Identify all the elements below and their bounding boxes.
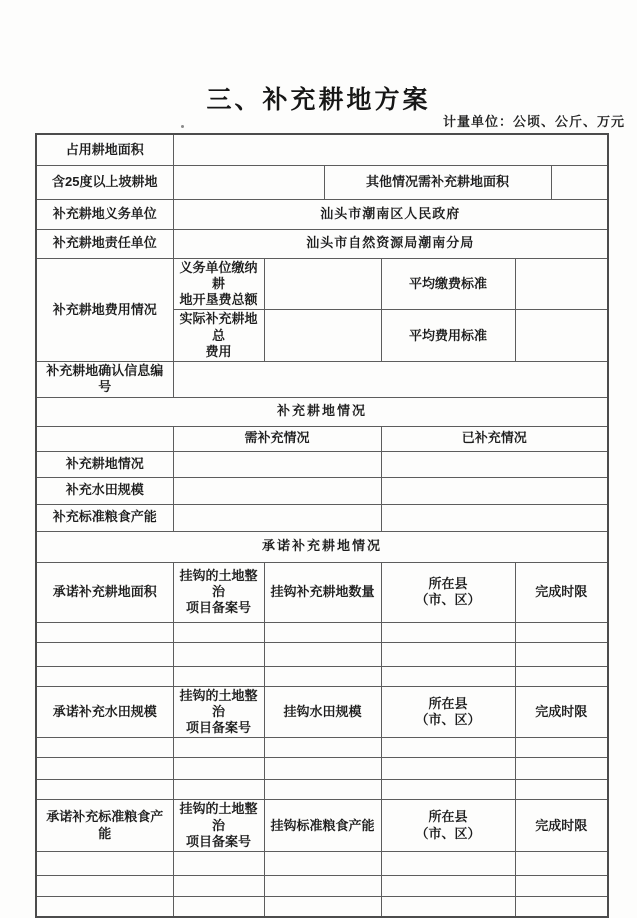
row-fee-top: 补充耕地费用情况 义务单位缴纳耕 地开垦费总额 平均缴费标准 — [36, 258, 608, 310]
empty-data-cell — [173, 642, 264, 666]
responsible-unit-value-cell: 汕头市自然资源局潮南分局 — [173, 229, 608, 258]
empty-data-cell — [381, 780, 515, 800]
empty-data-cell — [381, 738, 515, 758]
avg-cost-label-cell: 平均费用标准 — [381, 310, 515, 362]
empty-data-cell — [515, 897, 608, 917]
avg-payment-value-cell — [515, 258, 608, 310]
empty-data-cell — [515, 876, 608, 897]
empty-data-cell — [264, 622, 381, 642]
occupied-area-value-cell — [173, 134, 608, 165]
empty-data-cell — [173, 666, 264, 686]
supplement-land-need-cell — [173, 451, 381, 477]
row-commitment-section-title: 承诺补充耕地情况 — [36, 531, 608, 562]
row-block2-data2 — [36, 758, 608, 780]
empty-data-cell — [36, 642, 173, 666]
avg-payment-label-cell: 平均缴费标准 — [381, 258, 515, 310]
avg-cost-value-cell — [515, 310, 608, 362]
empty-data-cell — [36, 738, 173, 758]
fee-section-label-cell: 补充耕地费用情况 — [36, 258, 173, 362]
empty-data-cell — [173, 780, 264, 800]
row-block2-header: 承诺补充水田规模 挂钩的土地整治 项目备案号 挂钩水田规模 所在县 （市、区） … — [36, 686, 608, 738]
empty-data-cell — [381, 897, 515, 917]
deadline-header-cell: 完成时限 — [515, 800, 608, 852]
county-header-cell: 所在县 （市、区） — [381, 686, 515, 738]
commit-area-header-cell: 承诺补充耕地面积 — [36, 562, 173, 622]
empty-data-cell — [36, 622, 173, 642]
empty-data-cell — [264, 738, 381, 758]
row-responsible-unit: 补充耕地责任单位 汕头市自然资源局潮南分局 — [36, 229, 608, 258]
empty-data-cell — [173, 758, 264, 780]
responsible-unit-label-cell: 补充耕地责任单位 — [36, 229, 173, 258]
row-supplement-grain: 补充标准粮食产能 — [36, 504, 608, 531]
empty-data-cell — [381, 758, 515, 780]
slope-label-cell: 含25度以上坡耕地 — [36, 165, 173, 199]
scan-speck — [181, 125, 184, 128]
commitment-section-title-cell: 承诺补充耕地情况 — [36, 531, 608, 562]
row-block1-data2 — [36, 642, 608, 666]
row-supplement-section-title: 补充耕地情况 — [36, 397, 608, 426]
row-block1-header: 承诺补充耕地面积 挂钩的土地整治 项目备案号 挂钩补充耕地数量 所在县 （市、区… — [36, 562, 608, 622]
commit-paddy-header-cell: 承诺补充水田规模 — [36, 686, 173, 738]
commit-grain-header-cell: 承诺补充标准粮食产能 — [36, 800, 173, 852]
empty-data-cell — [36, 758, 173, 780]
empty-data-cell — [381, 876, 515, 897]
measurement-unit-note: 计量单位：公顷、公斤、万元 — [443, 111, 625, 130]
empty-data-cell — [264, 666, 381, 686]
empty-data-cell — [264, 876, 381, 897]
row-supplement-land: 补充耕地情况 — [36, 451, 608, 477]
supplement-land-done-cell — [381, 451, 608, 477]
row-block3-data2 — [36, 876, 608, 897]
actual-cost-value-cell — [264, 310, 381, 362]
empty-data-cell — [515, 758, 608, 780]
row-confirm-number: 补充耕地确认信息编号 — [36, 362, 608, 398]
empty-data-cell — [515, 622, 608, 642]
supplement-plan-table: 占用耕地面积 含25度以上坡耕地 其他情况需补充耕地面积 补充耕地义务单位 汕头… — [35, 133, 609, 918]
empty-data-cell — [36, 897, 173, 917]
supplement-grain-label-cell: 补充标准粮食产能 — [36, 504, 173, 531]
linked-grain-header-cell: 挂钩标准粮食产能 — [264, 800, 381, 852]
obligation-unit-label-cell: 补充耕地义务单位 — [36, 199, 173, 229]
empty-data-cell — [381, 852, 515, 876]
obligation-unit-value-cell: 汕头市潮南区人民政府 — [173, 199, 608, 229]
supplement-paddy-done-cell — [381, 477, 608, 504]
empty-data-cell — [36, 780, 173, 800]
row-block3-header: 承诺补充标准粮食产能 挂钩的土地整治 项目备案号 挂钩标准粮食产能 所在县 （市… — [36, 800, 608, 852]
reclaim-fee-value-cell — [264, 258, 381, 310]
project-record-header-cell: 挂钩的土地整治 项目备案号 — [173, 800, 264, 852]
supplement-header-blank-cell — [36, 426, 173, 451]
empty-data-cell — [515, 780, 608, 800]
row-block3-data1 — [36, 852, 608, 876]
empty-data-cell — [381, 642, 515, 666]
confirm-number-label-cell: 补充耕地确认信息编号 — [36, 362, 173, 398]
empty-data-cell — [36, 666, 173, 686]
confirm-number-value-cell — [173, 362, 608, 398]
supplement-grain-done-cell — [381, 504, 608, 531]
empty-data-cell — [173, 852, 264, 876]
empty-data-cell — [173, 622, 264, 642]
other-need-value-cell — [551, 165, 608, 199]
row-supplement-paddy: 补充水田规模 — [36, 477, 608, 504]
empty-data-cell — [264, 852, 381, 876]
project-record-header-cell: 挂钩的土地整治 项目备案号 — [173, 562, 264, 622]
row-block2-data1 — [36, 738, 608, 758]
empty-data-cell — [515, 666, 608, 686]
empty-data-cell — [173, 897, 264, 917]
actual-cost-label-cell: 实际补充耕地总 费用 — [173, 310, 264, 362]
occupied-area-label-cell: 占用耕地面积 — [36, 134, 173, 165]
empty-data-cell — [381, 666, 515, 686]
empty-data-cell — [173, 738, 264, 758]
linked-quantity-header-cell: 挂钩补充耕地数量 — [264, 562, 381, 622]
empty-data-cell — [264, 780, 381, 800]
row-block1-data3 — [36, 666, 608, 686]
need-supplement-header-cell: 需补充情况 — [173, 426, 381, 451]
empty-data-cell — [515, 738, 608, 758]
reclaim-fee-label-cell: 义务单位缴纳耕 地开垦费总额 — [173, 258, 264, 310]
supplement-paddy-label-cell: 补充水田规模 — [36, 477, 173, 504]
empty-data-cell — [515, 852, 608, 876]
empty-data-cell — [264, 897, 381, 917]
row-occupied-area: 占用耕地面积 — [36, 134, 608, 165]
supplement-land-label-cell: 补充耕地情况 — [36, 451, 173, 477]
linked-paddy-header-cell: 挂钩水田规模 — [264, 686, 381, 738]
empty-data-cell — [36, 852, 173, 876]
row-obligation-unit: 补充耕地义务单位 汕头市潮南区人民政府 — [36, 199, 608, 229]
empty-data-cell — [173, 876, 264, 897]
empty-data-cell — [36, 876, 173, 897]
deadline-header-cell: 完成时限 — [515, 562, 608, 622]
supplement-grain-need-cell — [173, 504, 381, 531]
row-block2-data3 — [36, 780, 608, 800]
project-record-header-cell: 挂钩的土地整治 项目备案号 — [173, 686, 264, 738]
empty-data-cell — [264, 642, 381, 666]
empty-data-cell — [381, 622, 515, 642]
slope-value-cell — [173, 165, 324, 199]
supplement-section-title-cell: 补充耕地情况 — [36, 397, 608, 426]
other-need-label-cell: 其他情况需补充耕地面积 — [324, 165, 551, 199]
supplement-paddy-need-cell — [173, 477, 381, 504]
empty-data-cell — [515, 642, 608, 666]
row-supplement-header: 需补充情况 已补充情况 — [36, 426, 608, 451]
empty-data-cell — [264, 758, 381, 780]
row-slope-land: 含25度以上坡耕地 其他情况需补充耕地面积 — [36, 165, 608, 199]
county-header-cell: 所在县 （市、区） — [381, 562, 515, 622]
row-block1-data1 — [36, 622, 608, 642]
supplemented-header-cell: 已补充情况 — [381, 426, 608, 451]
county-header-cell: 所在县 （市、区） — [381, 800, 515, 852]
deadline-header-cell: 完成时限 — [515, 686, 608, 738]
